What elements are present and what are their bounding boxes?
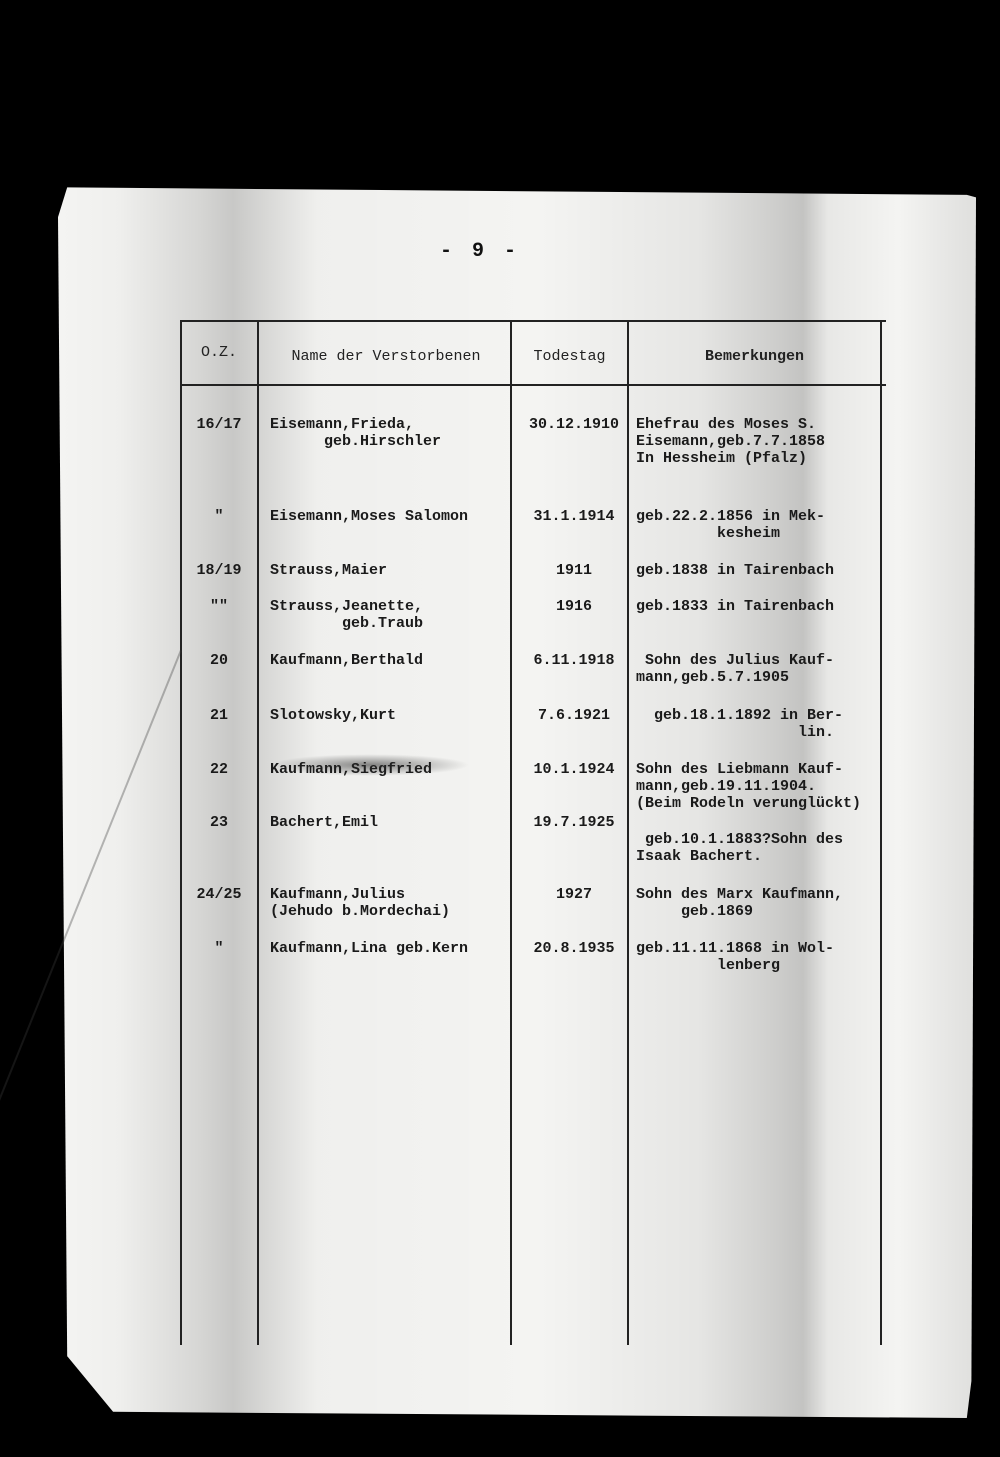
col-divider-date [627, 320, 629, 1345]
col-divider-oz [257, 320, 259, 1345]
cell-date: 31.1.1914 [518, 508, 630, 525]
cell-date: 19.7.1925 [518, 814, 630, 831]
cell-name: Kaufmann,Berthald [270, 652, 520, 669]
cell-remarks: Ehefrau des Moses S. Eisemann,geb.7.7.18… [636, 416, 886, 467]
header-remarks: Bemerkungen [629, 324, 880, 388]
cell-oz: 23 [182, 814, 256, 831]
cell-date: 1916 [518, 598, 630, 615]
cell-oz: 21 [182, 707, 256, 724]
cell-remarks: geb.18.1.1892 in Ber- lin. [636, 707, 886, 741]
header-oz: O.Z. [182, 320, 256, 384]
cell-name: Strauss,Maier [270, 562, 520, 579]
cell-date: 20.8.1935 [518, 940, 630, 957]
burial-register-table: O.Z. Name der Verstorbenen Todestag Beme… [180, 320, 886, 1345]
cell-name: Kaufmann,Lina geb.Kern [270, 940, 520, 957]
table-left-border [180, 320, 182, 1345]
cell-oz: 22 [182, 761, 256, 778]
cell-date: 1927 [518, 886, 630, 903]
header-name: Name der Verstorbenen [260, 324, 512, 388]
page-number: - 9 - [430, 240, 530, 263]
cell-remarks: Sohn des Marx Kaufmann, geb.1869 [636, 886, 886, 920]
cell-date: 30.12.1910 [518, 416, 630, 433]
col-divider-name [510, 320, 512, 1345]
ink-smudge [270, 754, 470, 776]
cell-name: Bachert,Emil [270, 814, 520, 831]
cell-oz: 18/19 [182, 562, 256, 579]
cell-date: 6.11.1918 [518, 652, 630, 669]
cell-name: Slotowsky,Kurt [270, 707, 520, 724]
cell-oz: 24/25 [182, 886, 256, 903]
header-date: Todestag [512, 324, 627, 388]
cell-remarks: geb.11.11.1868 in Wol- lenberg [636, 940, 886, 974]
table-top-border [180, 320, 886, 322]
cell-oz: 20 [182, 652, 256, 669]
cell-remarks: geb.1833 in Tairenbach [636, 598, 886, 615]
cell-remarks: Sohn des Julius Kauf- mann,geb.5.7.1905 [636, 652, 886, 686]
cell-name: Strauss,Jeanette, geb.Traub [270, 598, 520, 632]
cell-name: Eisemann,Frieda, geb.Hirschler [270, 416, 520, 450]
cell-date: 1911 [518, 562, 630, 579]
cell-oz: 16/17 [182, 416, 256, 433]
cell-oz: " [182, 508, 256, 525]
cell-remarks: Sohn des Liebmann Kauf- mann,geb.19.11.1… [636, 761, 886, 812]
cell-date: 7.6.1921 [518, 707, 630, 724]
cell-remarks: geb.1838 in Tairenbach [636, 562, 886, 579]
cell-name: Eisemann,Moses Salomon [270, 508, 520, 525]
cell-name: Kaufmann,Julius (Jehudo b.Mordechai) [270, 886, 520, 920]
cell-oz: "" [182, 598, 256, 615]
cell-remarks: geb.10.1.1883?Sohn des Isaak Bachert. [636, 814, 886, 865]
cell-remarks: geb.22.2.1856 in Mek- kesheim [636, 508, 886, 542]
cell-oz: " [182, 940, 256, 957]
cell-date: 10.1.1924 [518, 761, 630, 778]
